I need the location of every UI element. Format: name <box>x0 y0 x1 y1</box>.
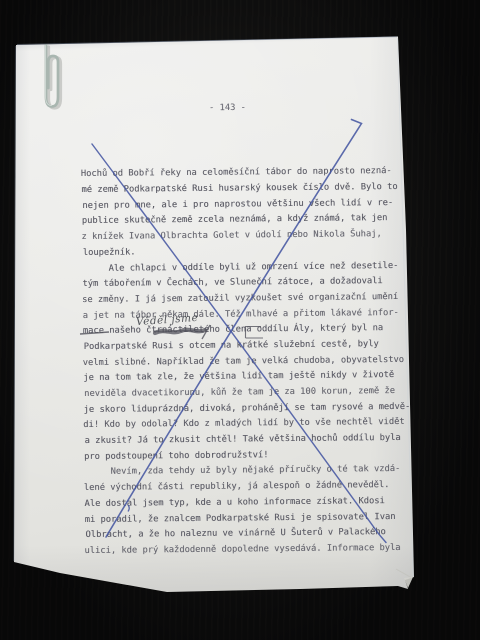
photo-background: - 143 - Hochů od Bobří řeky na celoměsíč… <box>0 0 480 640</box>
typed-line: ulici, kde prý každodenně dopoledne vyse… <box>84 541 425 560</box>
typed-lines: Hochů od Bobří řeky na celoměsíční tábor… <box>81 164 425 559</box>
typed-line: a jet na tábor někam dále. Též mlhavé a … <box>83 305 423 324</box>
typed-line: neviděla dvacetikorunu, kůň že tam je za… <box>84 384 423 403</box>
typed-line: di! Kdo by odolal? Kdo z mladých lidí by… <box>83 415 424 434</box>
page-number: - 143 - <box>209 103 246 113</box>
typed-line: velmi slibné. Například že tam je velká … <box>83 352 424 371</box>
typed-line: lené východní části republiky, já alespo… <box>84 478 425 497</box>
typed-line: Hochů od Bobří řeky na celoměsíční tábor… <box>81 164 422 183</box>
typed-line: a zkusit? Já to zkusit chtěl! Také větši… <box>85 431 424 450</box>
typed-line: z knížek Ivana Olbrachta Golet v údolí n… <box>81 227 422 246</box>
typed-text-block: Hochů od Bobří řeky na celoměsíční tábor… <box>81 133 425 591</box>
